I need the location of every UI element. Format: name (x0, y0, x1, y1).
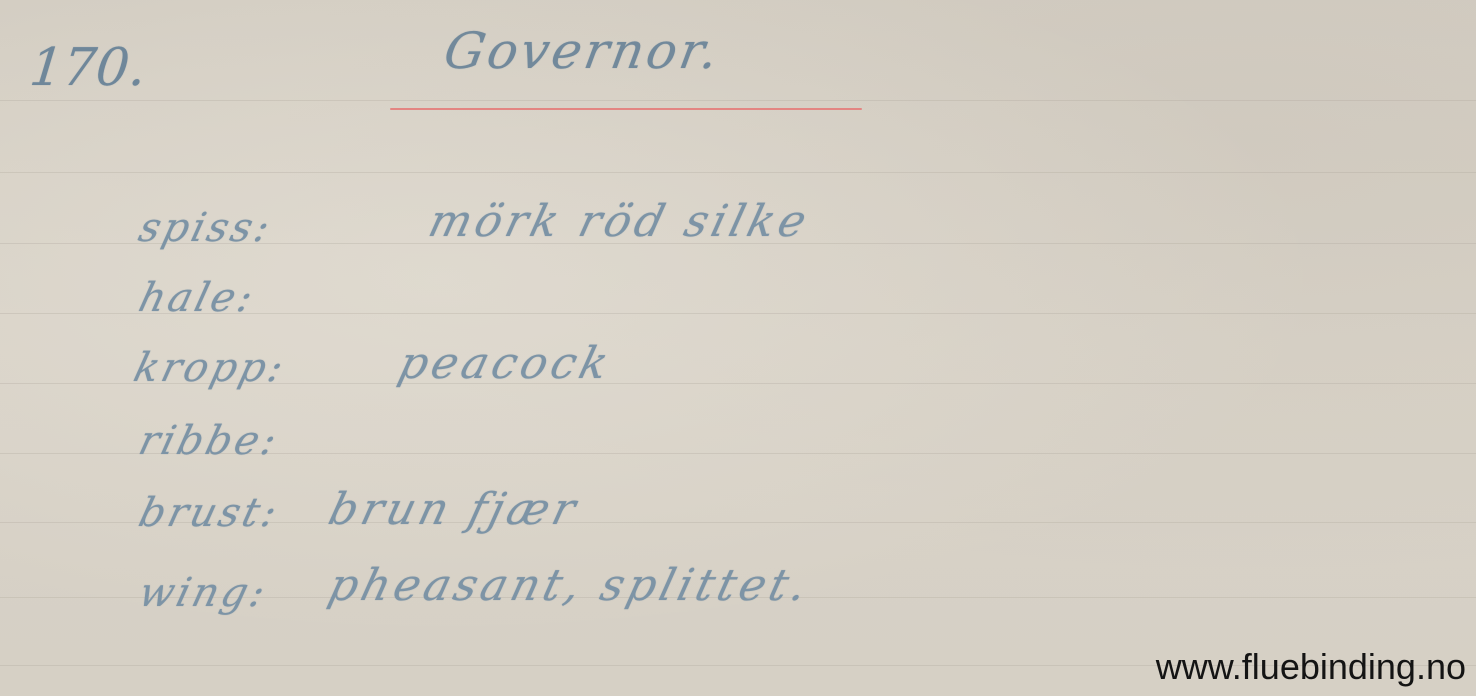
ruled-line (0, 172, 1476, 173)
field-label: ribbe: (134, 418, 284, 464)
field-value: pheasant, splittet. (324, 560, 816, 611)
watermark-url: www.fluebinding.no (1156, 646, 1466, 688)
field-value: peacock (394, 338, 618, 389)
field-value: mörk röd silke (424, 196, 816, 247)
notebook-page: 170. Governor. spiss: mörk röd silke hal… (0, 0, 1476, 696)
entry-number: 170. (27, 38, 149, 98)
field-label: spiss: (134, 205, 277, 251)
field-label: hale: (134, 275, 260, 321)
field-label: brust: (134, 490, 284, 536)
field-label: wing: (134, 570, 272, 616)
field-value: brun fjær (324, 484, 585, 535)
title-underline (390, 108, 862, 110)
ruled-line (0, 100, 1476, 101)
field-label: kropp: (129, 345, 291, 391)
pattern-title: Governor. (440, 22, 726, 80)
